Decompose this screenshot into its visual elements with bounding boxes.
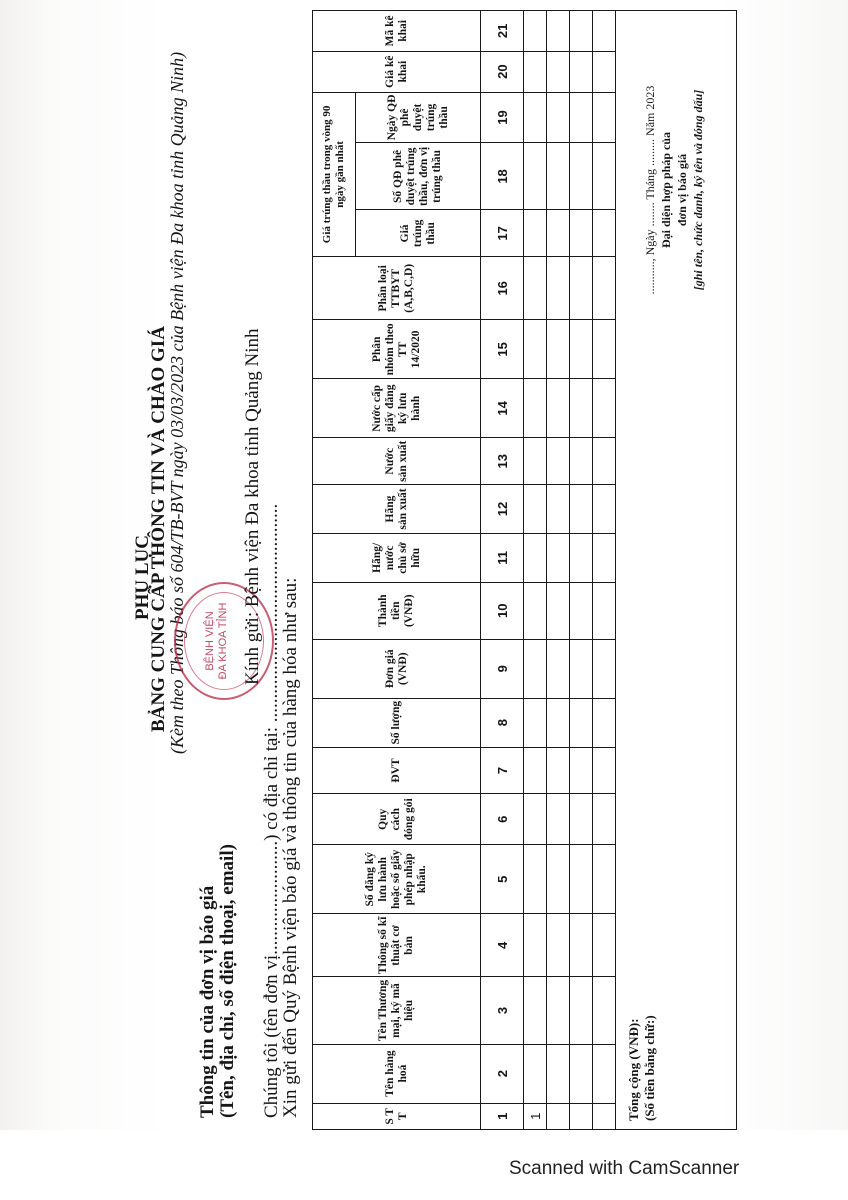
table-cell[interactable] [593, 320, 616, 379]
column-header-8: Số lượng [313, 698, 481, 747]
column-header-16: Phân loại TTBYT (A,B,C,D) [313, 257, 481, 320]
table-cell[interactable]: 1 [524, 1103, 547, 1129]
signature-date-line: ..........., Ngày ........ Tháng .......… [642, 40, 658, 340]
column-number-13: 13 [481, 438, 524, 485]
column-number-6: 6 [481, 794, 524, 845]
column-number-15: 15 [481, 320, 524, 379]
table-cell[interactable] [570, 438, 593, 485]
table-cell[interactable] [524, 845, 547, 914]
table-cell[interactable] [593, 438, 616, 485]
table-cell[interactable] [524, 438, 547, 485]
column-header-6: Quy cách đóng gói [313, 794, 481, 845]
table-cell[interactable] [570, 51, 593, 92]
column-header-18: Số QĐ phê duyệt trúng thầu, đơn vị trúng… [356, 143, 481, 210]
column-number-3: 3 [481, 977, 524, 1044]
column-header-15: Phân nhóm theo TT 14/2020 [313, 320, 481, 379]
table-cell[interactable] [547, 977, 570, 1044]
table-cell[interactable] [570, 1103, 593, 1129]
table-cell[interactable] [547, 698, 570, 747]
table-cell[interactable] [593, 845, 616, 914]
table-cell[interactable] [570, 845, 593, 914]
table-cell[interactable] [570, 210, 593, 257]
column-header-3: Tên Thương mại, ký mã hiệu [313, 977, 481, 1044]
table-cell[interactable] [524, 379, 547, 438]
column-number-11: 11 [481, 533, 524, 582]
column-number-row: 123456789101112131415161718192021 [481, 11, 524, 1130]
table-cell[interactable] [570, 320, 593, 379]
column-number-14: 14 [481, 379, 524, 438]
table-row: 1 [524, 11, 547, 1130]
table-cell[interactable] [593, 914, 616, 977]
table-row [570, 11, 593, 1130]
column-header-12: Hãng sản xuất [313, 485, 481, 534]
column-header-21: Mã kê khai [313, 11, 481, 52]
column-number-1: 1 [481, 1103, 524, 1129]
table-cell[interactable] [570, 257, 593, 320]
table-cell[interactable] [547, 1103, 570, 1129]
table-cell[interactable] [524, 210, 547, 257]
intro-line-2: Xin gửi đến Quý Bệnh viện báo giá và thô… [280, 578, 302, 1118]
table-cell[interactable] [524, 747, 547, 794]
supplier-info-hint: (Tên, địa chỉ, số điện thoại, email) [217, 844, 239, 1118]
table-cell[interactable] [524, 582, 547, 639]
table-cell[interactable] [593, 379, 616, 438]
table-cell[interactable] [593, 794, 616, 845]
table-cell[interactable] [547, 485, 570, 534]
column-number-19: 19 [481, 92, 524, 143]
stamp-line-1: BỆNH VIỆN [204, 584, 217, 698]
signature-role-line-2: đơn vị báo giá [674, 40, 690, 340]
table-cell[interactable] [547, 582, 570, 639]
table-cell[interactable] [570, 639, 593, 698]
table-row [547, 11, 570, 1130]
column-number-18: 18 [481, 143, 524, 210]
table-cell[interactable] [524, 485, 547, 534]
table-cell[interactable] [593, 533, 616, 582]
column-header-5: Số đăng ký lưu hành hoặc số giấy phép nh… [313, 845, 481, 914]
camscanner-watermark: Scanned with CamScanner [509, 1158, 739, 1180]
table-cell[interactable] [570, 11, 593, 52]
table-cell[interactable] [570, 485, 593, 534]
column-header-1: S T T [313, 1103, 481, 1129]
signature-note: [ghi tên, chức danh, ký tên và đóng dấu] [690, 40, 706, 340]
supplier-info-label: Thông tin của đơn vị báo giá [197, 886, 219, 1118]
table-cell[interactable] [547, 11, 570, 52]
table-cell[interactable] [524, 92, 547, 143]
column-number-5: 5 [481, 845, 524, 914]
column-header-17: Giá trúng thầu [356, 210, 481, 257]
table-cell[interactable] [570, 92, 593, 143]
rotated-landscape-page: PHỤ LỤC BẢNG CUNG CẤP THÔNG TIN VÀ CHÀO … [54, 0, 774, 1140]
table-cell[interactable] [547, 747, 570, 794]
column-number-4: 4 [481, 914, 524, 977]
table-cell[interactable] [547, 51, 570, 92]
column-number-7: 7 [481, 747, 524, 794]
table-cell[interactable] [547, 320, 570, 379]
table-cell[interactable] [524, 698, 547, 747]
table-cell[interactable] [547, 639, 570, 698]
stamp-line-2: ĐA KHOA TỈNH [217, 584, 230, 698]
table-cell[interactable] [547, 92, 570, 143]
table-cell[interactable] [593, 639, 616, 698]
table-cell[interactable] [524, 639, 547, 698]
table-cell[interactable] [570, 1044, 593, 1103]
table-cell[interactable] [570, 914, 593, 977]
table-cell[interactable] [593, 1103, 616, 1129]
table-cell[interactable] [593, 11, 616, 52]
table-cell[interactable] [524, 794, 547, 845]
signature-block: ..........., Ngày ........ Tháng .......… [642, 40, 706, 340]
column-header-10: Thành tiền (VNĐ) [313, 582, 481, 639]
table-cell[interactable] [547, 845, 570, 914]
table-cell[interactable] [593, 210, 616, 257]
column-number-16: 16 [481, 257, 524, 320]
column-number-12: 12 [481, 485, 524, 534]
table-cell[interactable] [593, 143, 616, 210]
column-number-17: 17 [481, 210, 524, 257]
table-cell[interactable] [593, 977, 616, 1044]
table-cell[interactable] [524, 257, 547, 320]
column-number-20: 20 [481, 51, 524, 92]
table-cell[interactable] [547, 257, 570, 320]
column-header-11: Hãng/ nước chủ sở hữu [313, 533, 481, 582]
table-cell[interactable] [547, 379, 570, 438]
table-cell[interactable] [524, 143, 547, 210]
column-header-7: ĐVT [313, 747, 481, 794]
table-cell[interactable] [547, 914, 570, 977]
table-cell[interactable] [570, 379, 593, 438]
table-cell[interactable] [570, 794, 593, 845]
column-header-14: Nước cấp giấy đăng ký lưu hành [313, 379, 481, 438]
table-cell[interactable] [593, 1044, 616, 1103]
table-row [593, 11, 616, 1130]
table-cell[interactable] [570, 747, 593, 794]
table-cell[interactable] [524, 977, 547, 1044]
table-cell[interactable] [547, 438, 570, 485]
table-cell[interactable] [570, 143, 593, 210]
scanned-page: PHỤ LỤC BẢNG CUNG CẤP THÔNG TIN VÀ CHÀO … [0, 0, 848, 1130]
table-cell[interactable] [593, 485, 616, 534]
table-cell[interactable] [524, 51, 547, 92]
table-cell[interactable] [593, 747, 616, 794]
column-number-21: 21 [481, 11, 524, 52]
signature-role-line-1: Đại diện hợp pháp của [658, 40, 674, 340]
table-cell[interactable] [570, 698, 593, 747]
table-cell[interactable] [593, 582, 616, 639]
table-cell[interactable] [524, 11, 547, 52]
table-cell[interactable] [524, 533, 547, 582]
column-header-20: Giá kê khai [313, 51, 481, 92]
table-cell[interactable] [570, 977, 593, 1044]
table-cell[interactable] [547, 210, 570, 257]
table-cell[interactable] [547, 533, 570, 582]
column-number-2: 2 [481, 1044, 524, 1103]
total-label: Tổng cộng (VNĐ): [626, 19, 642, 1121]
table-cell[interactable] [547, 794, 570, 845]
table-cell[interactable] [547, 1044, 570, 1103]
table-cell[interactable] [524, 914, 547, 977]
column-number-8: 8 [481, 698, 524, 747]
column-header-2: Tên hàng hoá [313, 1044, 481, 1103]
table-header-row: S T TTên hàng hoáTên Thương mại, ký mã h… [313, 11, 356, 1130]
table-cell[interactable] [593, 92, 616, 143]
column-header-9: Đơn giá (VNĐ) [313, 639, 481, 698]
table-cell[interactable] [524, 320, 547, 379]
column-number-9: 9 [481, 639, 524, 698]
header-group-recent-winning-bids: Giá trúng thầu trong vòng 90 ngày gần nh… [313, 92, 356, 257]
table-cell[interactable] [524, 1044, 547, 1103]
table-cell[interactable] [570, 533, 593, 582]
column-header-19: Ngày QĐ phê duyệt trúng thầu [356, 92, 481, 143]
column-header-4: Thông số kĩ thuật cơ bản [313, 914, 481, 977]
table-cell[interactable] [547, 143, 570, 210]
table-cell[interactable] [593, 51, 616, 92]
column-header-13: Nước sản xuất [313, 438, 481, 485]
table-cell[interactable] [593, 698, 616, 747]
table-cell[interactable] [570, 582, 593, 639]
table-cell[interactable] [593, 257, 616, 320]
column-number-10: 10 [481, 582, 524, 639]
